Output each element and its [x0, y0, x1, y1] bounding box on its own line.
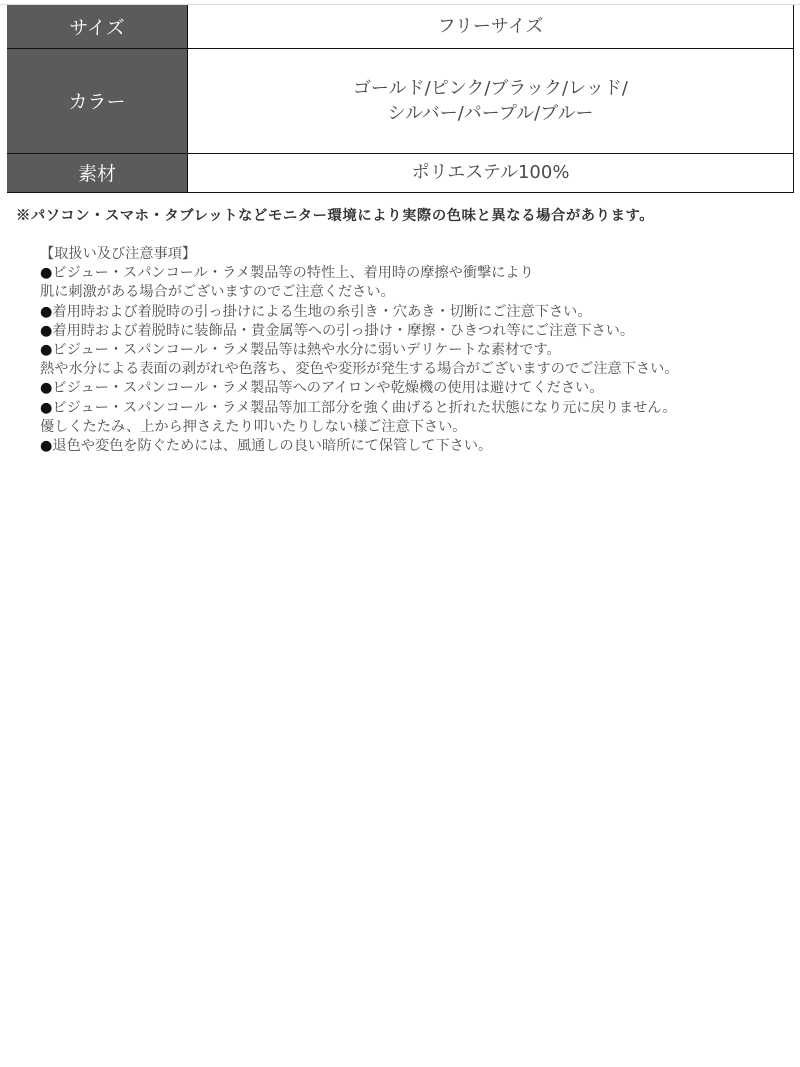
- bullet-icon: ●: [40, 304, 52, 320]
- care-line-text: 肌に刺激がある場合がございますのでご注意ください。: [40, 284, 395, 300]
- care-line-text: 着用時および着脱時に装飾品・貴金属等への引っ掛け・摩擦・ひきつれ等にご注意下さい…: [52, 323, 634, 339]
- care-instructions: 【取扱い及び注意事項】 ●ビジュー・スパンコール・ラメ製品等の特性上、着用時の摩…: [40, 245, 790, 456]
- care-line-text: 着用時および着脱時の引っ掛けによる生地の糸引き・穴あき・切断にご注意下さい。: [52, 304, 591, 320]
- care-line-text: 優しくたたみ、上から押さえたり叩いたりしない様ご注意下さい。: [40, 419, 466, 435]
- spec-label-color: カラー: [7, 48, 188, 153]
- bullet-icon: ●: [40, 265, 52, 281]
- care-line: ●着用時および着脱時の引っ掛けによる生地の糸引き・穴あき・切断にご注意下さい。: [40, 303, 790, 322]
- care-line: ●ビジュー・スパンコール・ラメ製品等加工部分を強く曲げると折れた状態になり元に戻…: [40, 399, 790, 418]
- care-line: 熱や水分による表面の剥がれや色落ち、変色や変形が発生する場合がございますのでご注…: [40, 360, 790, 379]
- bullet-icon: ●: [40, 438, 52, 454]
- spec-value-size-line: フリーサイズ: [188, 14, 793, 39]
- spec-value-color-line-2: シルバー/パープル/ブルー: [188, 101, 793, 126]
- bullet-icon: ●: [40, 342, 52, 358]
- bullet-icon: ●: [40, 380, 52, 396]
- spec-value-material: ポリエステル100%: [188, 153, 794, 192]
- spec-row-color: カラー ゴールド/ピンク/ブラック/レッド/ シルバー/パープル/ブルー: [7, 48, 794, 153]
- spec-value-color: ゴールド/ピンク/ブラック/レッド/ シルバー/パープル/ブルー: [188, 48, 794, 153]
- spec-row-size: サイズ フリーサイズ: [7, 5, 794, 48]
- bullet-icon: ●: [40, 323, 52, 339]
- care-title: 【取扱い及び注意事項】: [40, 245, 790, 264]
- monitor-color-notice: ※パソコン・スマホ・タブレットなどモニター環境により実際の色味と異なる場合があり…: [16, 205, 796, 225]
- spec-value-color-line-1: ゴールド/ピンク/ブラック/レッド/: [188, 76, 793, 101]
- care-line-text: ビジュー・スパンコール・ラメ製品等の特性上、着用時の摩擦や衝撃により: [52, 265, 533, 281]
- care-line-text: 熱や水分による表面の剥がれや色落ち、変色や変形が発生する場合がございますのでご注…: [40, 361, 678, 377]
- care-line-text: ビジュー・スパンコール・ラメ製品等へのアイロンや乾燥機の使用は避けてください。: [52, 380, 603, 396]
- spec-value-size: フリーサイズ: [188, 5, 794, 48]
- spec-table: サイズ フリーサイズ カラー ゴールド/ピンク/ブラック/レッド/ シルバー/パ…: [7, 5, 794, 193]
- care-line: ●ビジュー・スパンコール・ラメ製品等の特性上、着用時の摩擦や衝撃により: [40, 264, 790, 283]
- care-line: ●退色や変色を防ぐためには、風通しの良い暗所にて保管して下さい。: [40, 437, 790, 456]
- care-line-text: ビジュー・スパンコール・ラメ製品等加工部分を強く曲げると折れた状態になり元に戻り…: [52, 400, 676, 416]
- care-line: 優しくたたみ、上から押さえたり叩いたりしない様ご注意下さい。: [40, 418, 790, 437]
- spec-label-size: サイズ: [7, 5, 188, 48]
- care-line-text: ビジュー・スパンコール・ラメ製品等は熱や水分に弱いデリケートな素材です。: [52, 342, 560, 358]
- care-line: ●ビジュー・スパンコール・ラメ製品等へのアイロンや乾燥機の使用は避けてください。: [40, 379, 790, 398]
- care-line-text: 退色や変色を防ぐためには、風通しの良い暗所にて保管して下さい。: [52, 438, 492, 454]
- spec-row-material: 素材 ポリエステル100%: [7, 153, 794, 192]
- spec-value-material-line: ポリエステル100%: [188, 160, 793, 185]
- spec-label-material: 素材: [7, 153, 188, 192]
- bullet-icon: ●: [40, 400, 52, 416]
- care-line: ●着用時および着脱時に装飾品・貴金属等への引っ掛け・摩擦・ひきつれ等にご注意下さ…: [40, 322, 790, 341]
- care-line: ●ビジュー・スパンコール・ラメ製品等は熱や水分に弱いデリケートな素材です。: [40, 341, 790, 360]
- care-line: 肌に刺激がある場合がございますのでご注意ください。: [40, 283, 790, 302]
